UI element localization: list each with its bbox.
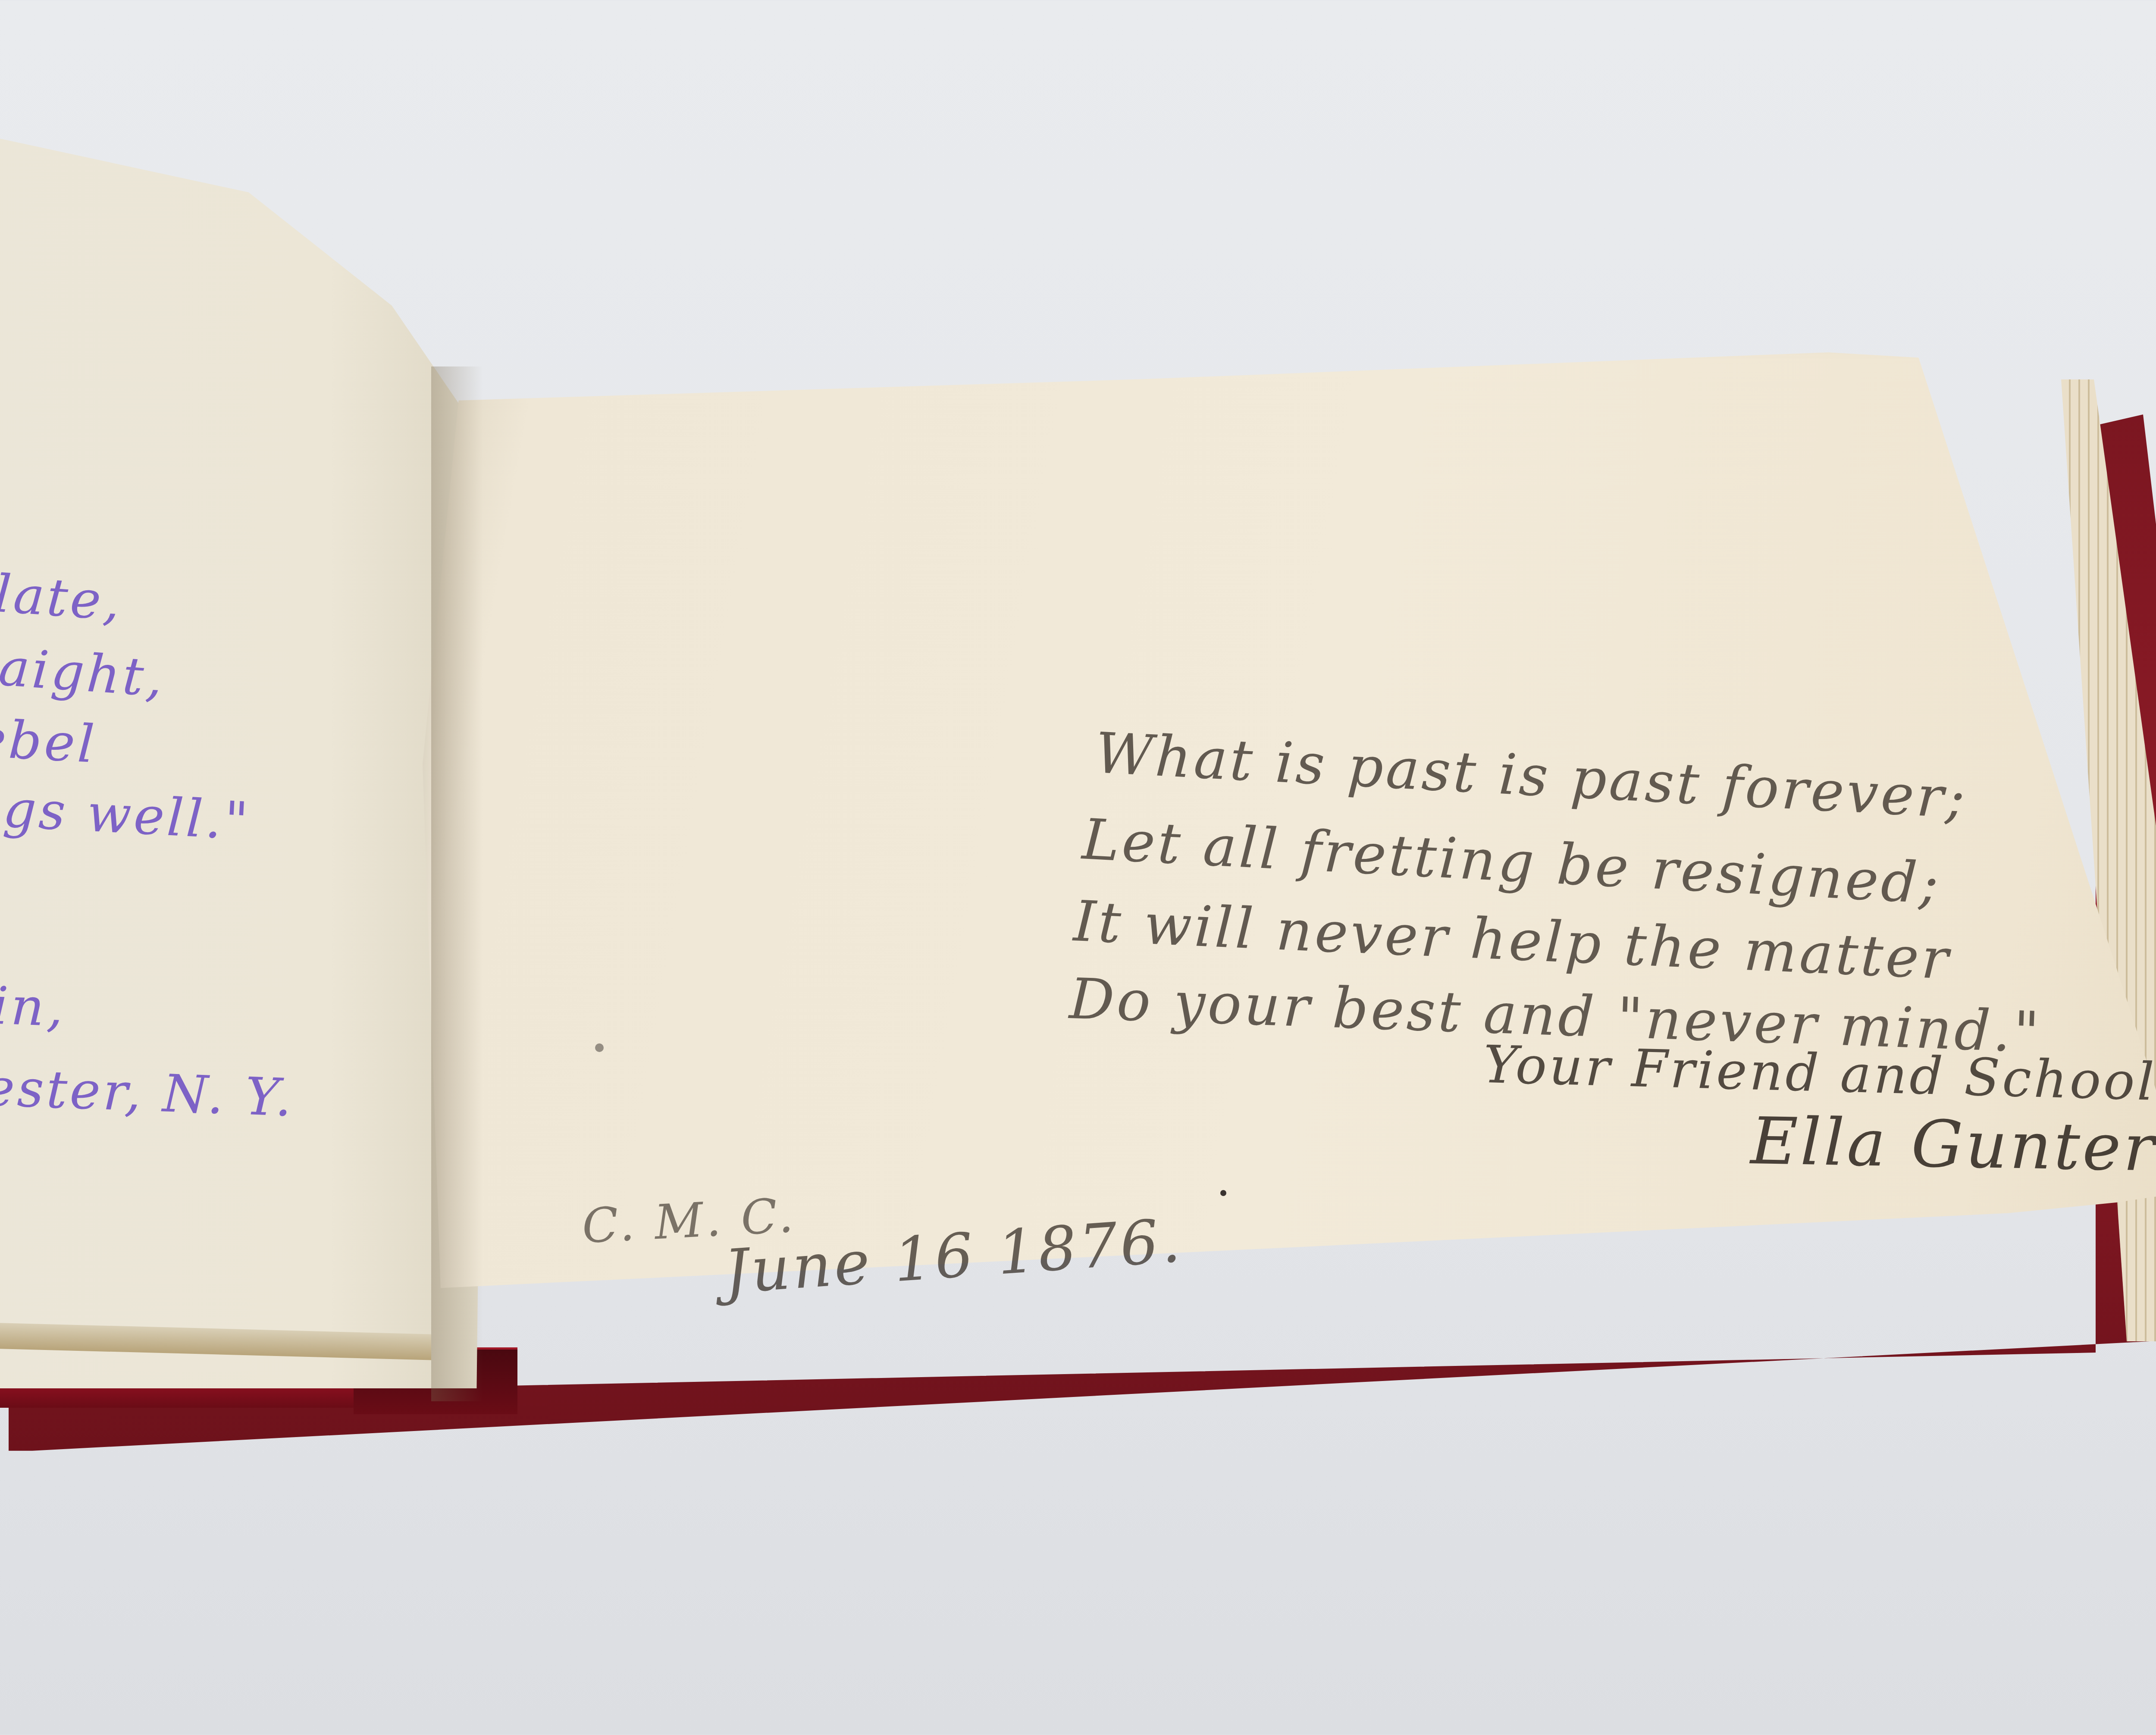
ink-spot [1220, 1190, 1226, 1196]
left-page-line-6: hester, N. Y. [0, 1056, 295, 1128]
left-page-line-5: ffin, [0, 974, 67, 1038]
ink-spot [595, 1043, 604, 1052]
left-page-line-1: r late, [0, 561, 125, 633]
left-page-line-3: rebel [0, 707, 98, 775]
photo-scene: r late, traight, rebel ings well." ffin,… [0, 0, 2156, 1735]
signature: Ella Gunter [1750, 1104, 2156, 1186]
gutter-shadow [431, 366, 483, 1401]
